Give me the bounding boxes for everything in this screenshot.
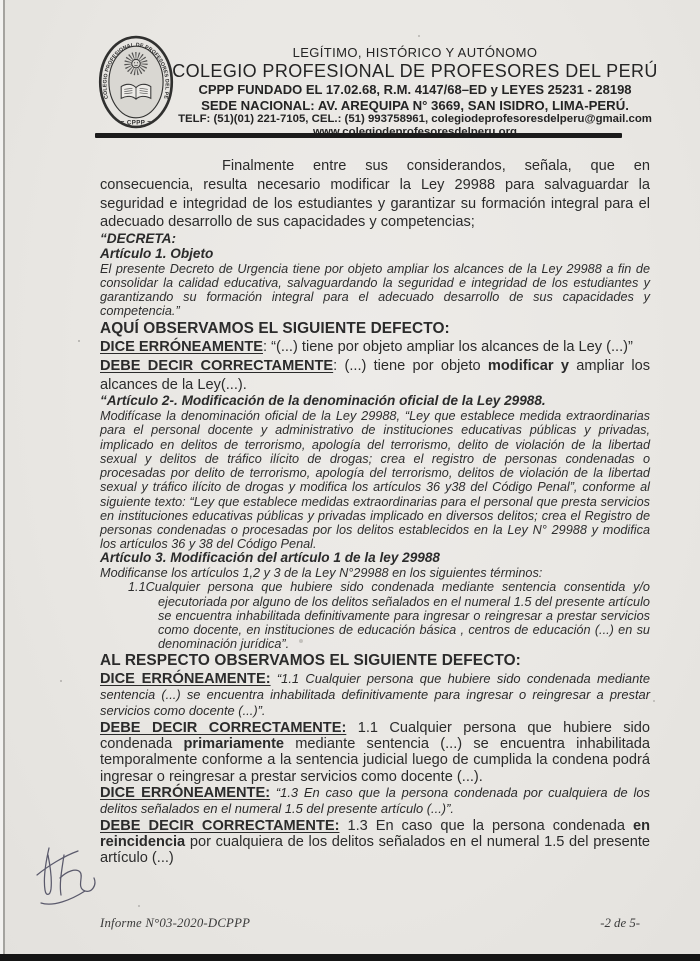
header-motto: LEGÍTIMO, HISTÓRICO Y AUTÓNOMO (168, 44, 662, 61)
dice1-label: DICE ERRÓNEAMENTE (100, 339, 263, 355)
dice2-label: DICE ERRÓNEAMENTE: (100, 671, 271, 687)
dice2-paragraph: DICE ERRÓNEAMENTE: “1.1 Cualquier person… (100, 671, 650, 720)
al-respecto-heading: AL RESPECTO OBSERVAMOS EL SIGUIENTE DEFE… (100, 651, 650, 671)
debe1-pre: : (...) tiene por objeto (333, 358, 488, 374)
article1-title: Artículo 1. Objeto (100, 247, 650, 262)
debe3-pre: 1.3 En caso que la persona condenada (339, 818, 633, 834)
intro-paragraph: Finalmente entre sus considerandos, seña… (100, 157, 650, 232)
footer-doc-ref: Informe N°03-2020-DCPPP (100, 916, 250, 931)
dice3-label: DICE ERRÓNEAMENTE: (100, 785, 270, 801)
article3-title: Artículo 3. Modificación del artículo 1 … (100, 551, 650, 566)
dice3-paragraph: DICE ERRÓNEAMENTE: “1.3 En caso que la p… (100, 785, 650, 818)
header-address: SEDE NACIONAL: AV. AREQUIPA N° 3669, SAN… (168, 98, 662, 113)
header-founding: CPPP FUNDADO EL 17.02.68, R.M. 4147/68–E… (168, 81, 662, 98)
dice1-paragraph: DICE ERRÓNEAMENTE: “(...) tiene por obje… (100, 338, 650, 357)
article3-item-1-1: 1.1Cualquier persona que hubiere sido co… (100, 580, 650, 651)
decreta-line: “DECRETA: (100, 232, 650, 247)
aqui-heading: AQUÍ OBSERVAMOS EL SIGUIENTE DEFECTO: (100, 319, 650, 339)
debe2-bold: primariamente (183, 736, 284, 752)
scan-specks (78, 340, 80, 342)
debe2-label: DEBE DECIR CORRECTAMENTE: (100, 720, 346, 736)
document-body: Finalmente entre sus considerandos, seña… (100, 157, 650, 866)
header-divider (95, 133, 622, 138)
article1-text: El presente Decreto de Urgencia tiene po… (100, 262, 650, 319)
handwritten-signature (33, 845, 119, 921)
debe1-paragraph: DEBE DECIR CORRECTAMENTE: (...) tiene po… (100, 357, 650, 395)
scan-edge-line (3, 0, 5, 961)
article3-intro: Modificanse los artículos 1,2 y 3 de la … (100, 566, 650, 580)
article2-text: Modifícase la denominación oficial de la… (100, 409, 650, 551)
seal-acronym: = CPPP = (121, 120, 151, 127)
footer-page-num: -2 de 5- (600, 916, 640, 931)
dice1-text: : “(...) tiene por objeto ampliar los al… (263, 339, 633, 355)
debe3-label: DEBE DECIR CORRECTAMENTE: (100, 818, 339, 834)
scanned-page: COLEGIO PROFESIONAL DE PROFESORES DEL PE… (0, 0, 700, 961)
debe1-bold: modificar y (488, 358, 569, 374)
debe1-label: DEBE DECIR CORRECTAMENTE (100, 358, 333, 374)
debe2-paragraph: DEBE DECIR CORRECTAMENTE: 1.1 Cualquier … (100, 720, 650, 785)
org-name: COLEGIO PROFESIONAL DE PROFESORES DEL PE… (168, 61, 662, 81)
header-contact: TELF: (51)(01) 221-7105, CEL.: (51) 9937… (168, 113, 662, 126)
article2-title: “Artículo 2-. Modificación de la denomin… (100, 394, 650, 409)
debe3-paragraph: DEBE DECIR CORRECTAMENTE: 1.3 En caso qu… (100, 818, 650, 867)
cppp-seal: COLEGIO PROFESIONAL DE PROFESORES DEL PE… (97, 35, 175, 129)
letterhead: LEGÍTIMO, HISTÓRICO Y AUTÓNOMO COLEGIO P… (168, 44, 662, 139)
scan-edge-bottom (0, 954, 700, 961)
